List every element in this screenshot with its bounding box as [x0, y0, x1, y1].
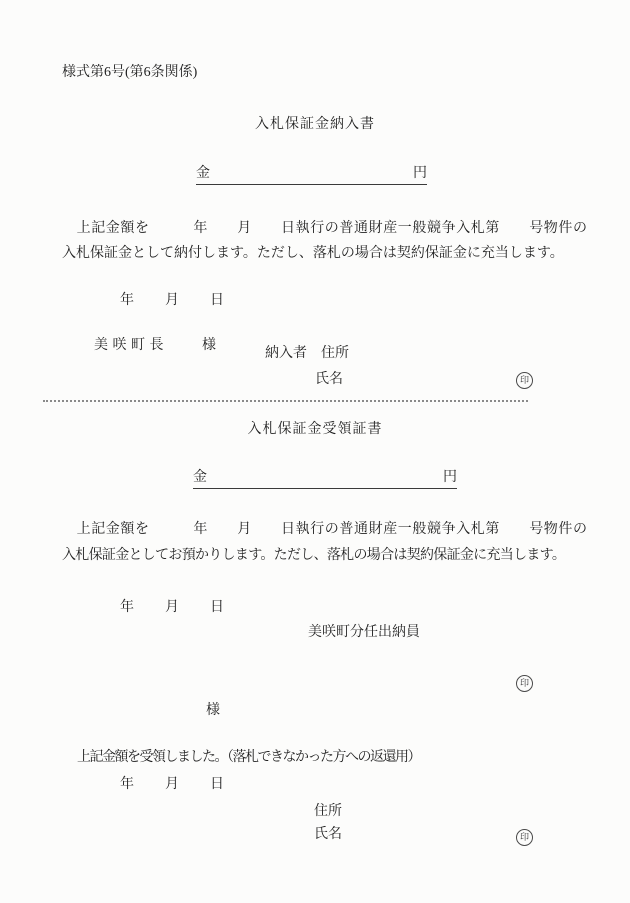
deposit-title: 入札保証金納入書	[0, 115, 630, 135]
deposit-amount-prefix: 金	[196, 164, 210, 184]
recipient-line: 美咲町長様	[80, 316, 216, 376]
receipt-body-line-2: 入札保証金としてお預かりします。ただし、落札の場合は契約保証金に充当します。	[62, 546, 565, 566]
receipt-amount-blank[interactable]	[207, 467, 443, 488]
seal-icon: 印	[516, 675, 533, 692]
form-page: 様式第6号(第6条関係) 入札保証金納入書 金 円 上記金額を 年 月 日執行の…	[0, 0, 630, 903]
recipient-honorific: 様	[202, 338, 216, 353]
receipt-date-line: 年 月 日	[120, 598, 225, 618]
deposit-date-line: 年 月 日	[120, 291, 225, 311]
receipt-note: 上記金額を受領しました。（落札できなかった方への返還用）	[77, 748, 420, 768]
bidder-name-label: 氏名	[314, 825, 342, 845]
deposit-body-line-1: 上記金額を 年 月 日執行の普通財産一般競争入札第 号物件の	[62, 219, 588, 239]
receipt-amount-suffix: 円	[443, 468, 457, 488]
payer-name-label: 氏名	[315, 370, 343, 390]
receipt-title: 入札保証金受領証書	[0, 420, 630, 440]
deposit-body-line-2: 入札保証金として納付します。ただし、落札の場合は契約保証金に充当します。	[62, 244, 564, 264]
deposit-amount-blank[interactable]	[210, 163, 413, 184]
payer-address-label: 納入者 住所	[265, 344, 349, 364]
bidder-honorific: 様	[206, 701, 220, 721]
recipient-name: 美咲町長	[94, 338, 168, 353]
receipt-amount-line: 金 円	[193, 467, 457, 489]
bidder-address-label: 住所	[314, 802, 342, 822]
form-number: 様式第6号(第6条関係)	[62, 63, 197, 83]
cut-line-divider	[43, 400, 528, 402]
deposit-amount-line: 金 円	[196, 163, 427, 185]
seal-icon: 印	[516, 372, 533, 389]
seal-icon: 印	[516, 829, 533, 846]
deposit-amount-suffix: 円	[413, 164, 427, 184]
cashier-title: 美咲町分任出納員	[308, 623, 420, 643]
receipt-body-line-1: 上記金額を 年 月 日執行の普通財産一般競争入札第 号物件の	[62, 520, 588, 540]
receipt-amount-prefix: 金	[193, 468, 207, 488]
receipt-date-line-2: 年 月 日	[120, 775, 225, 795]
